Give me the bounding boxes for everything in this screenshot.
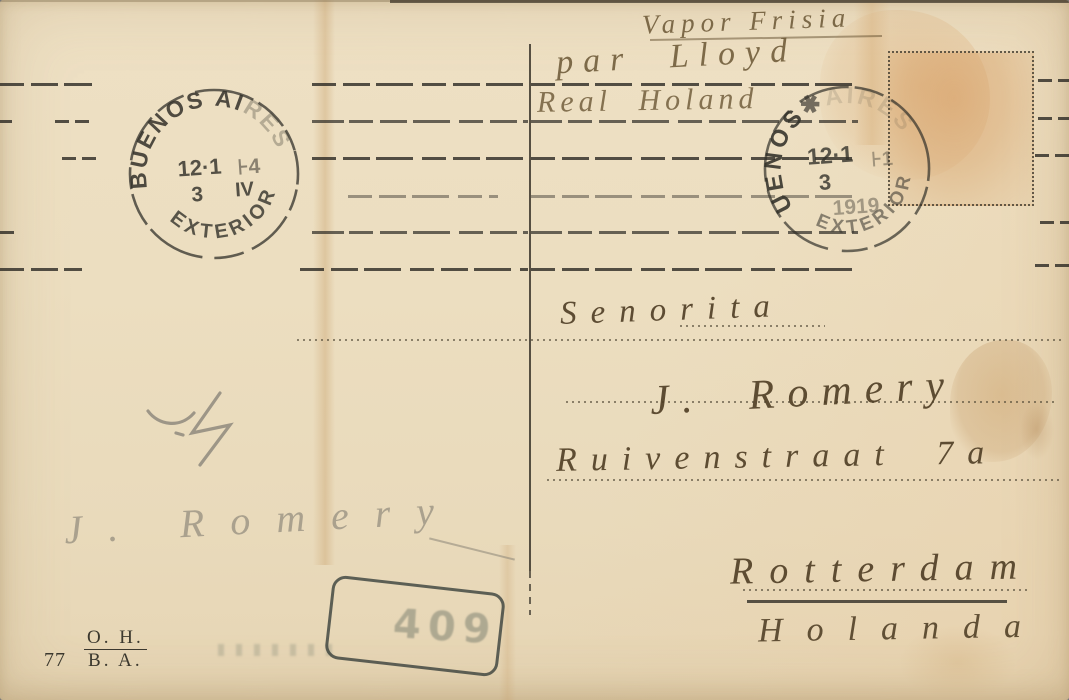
- cancel-line: [0, 268, 82, 271]
- cancel-line: [348, 195, 498, 198]
- publisher-initials-bottom: B. A.: [84, 650, 147, 671]
- cancel-line: [1038, 79, 1069, 82]
- cancel-line: [0, 231, 18, 234]
- postmark-date-row2: 3: [191, 183, 204, 207]
- publisher-initials: O. H. B. A.: [84, 628, 147, 671]
- handwriting-address-recipient-title: Senorita: [559, 290, 784, 331]
- postmark-buenos-aires-left: BUENOS AIRES EXTERIOR 12·1 ⊦4 3 IV: [93, 53, 335, 295]
- postmark-date-row1: 12·1: [806, 141, 854, 170]
- censor-number: 409: [392, 601, 499, 653]
- cancel-line: [55, 120, 93, 123]
- cancel-line: [1035, 264, 1069, 267]
- cancel-line: [0, 83, 92, 86]
- postmark-date-row2: 3: [818, 169, 832, 195]
- postmark-date-row1-faint: ⊦4: [237, 155, 261, 180]
- right-middle-stain-rim: [1020, 400, 1054, 460]
- cancel-line: [0, 120, 12, 123]
- publisher-initials-top: O. H.: [84, 628, 147, 650]
- pencil-signature: J. Romery: [63, 490, 461, 551]
- address-rule: [547, 479, 1062, 481]
- cancel-line: [300, 268, 528, 271]
- svg-text:EXTERIOR: EXTERIOR: [162, 178, 291, 257]
- handwriting-address-city: Rotterdam: [730, 547, 1034, 590]
- address-divider-line: [529, 44, 531, 571]
- pencil-squiggle: [140, 385, 245, 473]
- cancel-line: [312, 120, 528, 123]
- address-rule: [297, 339, 1062, 341]
- cancel-line: [312, 83, 528, 86]
- cancel-line: [1038, 117, 1069, 120]
- postmark-year: 1919: [832, 194, 880, 220]
- postmark-date-row1: 12·1: [177, 153, 223, 181]
- pencil-signature-tail: [429, 537, 515, 560]
- handwriting-address-name: J. Romery: [649, 364, 958, 422]
- handwriting-address-country: Holanda: [758, 609, 1046, 648]
- postmark-date-row2b: IV: [234, 178, 255, 201]
- cancel-line: [1040, 221, 1069, 224]
- cancel-line: [1035, 154, 1069, 157]
- postmark-date-row1-faint: ⊦1: [871, 148, 894, 171]
- card-number: 77: [44, 649, 66, 671]
- cancel-line: [312, 157, 528, 160]
- cancel-line: [62, 157, 96, 160]
- handwriting-ship-note: par Lloyd: [555, 34, 798, 81]
- publisher-imprint: 77 O. H. B. A.: [44, 628, 147, 672]
- postcard-back: Vapor Frisia par Lloyd Real Holand Senor…: [0, 0, 1069, 700]
- handwriting-ship-note: Real Holand: [537, 84, 759, 118]
- handwriting-address-street: Ruivenstraat 7a: [556, 436, 999, 478]
- address-divider-tail: [529, 571, 531, 615]
- postmark-exterior-text: EXTERIOR: [162, 178, 291, 257]
- top-edge-dark-line: [390, 0, 1069, 3]
- rotterdam-underline: [747, 600, 1007, 603]
- cancel-line: [312, 231, 528, 234]
- censor-box-stamp: 409: [324, 574, 506, 677]
